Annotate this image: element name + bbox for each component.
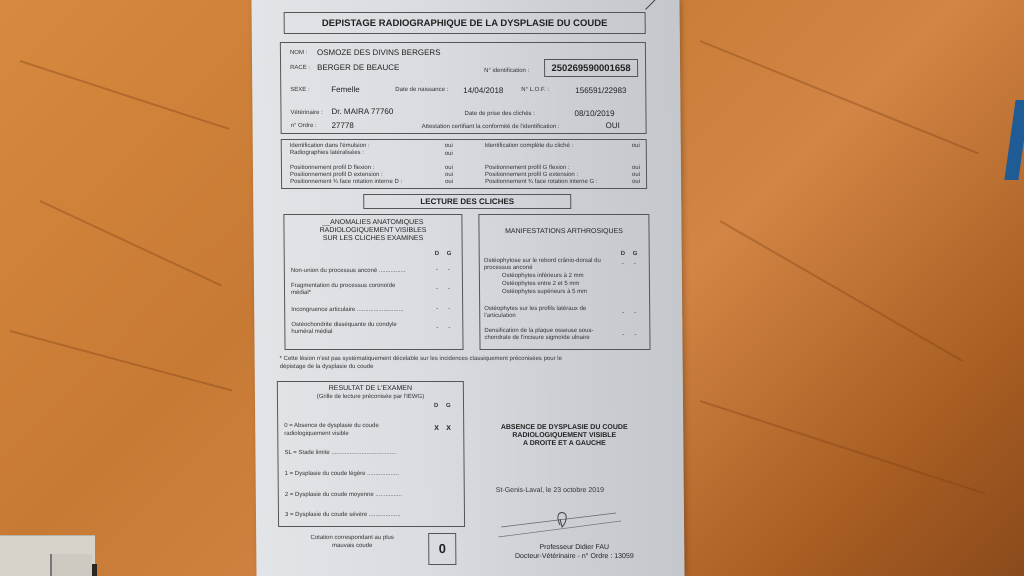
check-label: Identification complète du cliché : [485, 143, 573, 149]
resultat-box: RESULTAT DE L'EXAMEN (Grille de lecture … [277, 381, 465, 527]
conclusion-line: ABSENCE DE DYSPLASIE DU COUDE [479, 424, 649, 431]
col-g: G [447, 251, 452, 257]
sexe-value: Femelle [331, 85, 360, 94]
anomaly-label: huméral médial [291, 329, 332, 335]
resultat-label: 2 = Dysplasie du coude moyenne .........… [285, 492, 402, 498]
blue-object [1004, 100, 1024, 180]
nom-label: NOM : [290, 50, 307, 56]
col-g: G [446, 403, 451, 409]
check-label: Positionnement profil G extension : [485, 172, 578, 178]
document-page: DEPISTAGE RADIOGRAPHIQUE DE LA DYSPLASIE… [251, 0, 684, 576]
conclusion-line: RADIOLOGIQUEMENT VISIBLE [479, 432, 649, 439]
footnote: dépistage de la dysplasie du coude [280, 364, 374, 370]
lof-value: 156591/22983 [575, 86, 626, 95]
veterinaire-value: Dr. MAIRA 77760 [331, 107, 393, 116]
signature-icon [496, 505, 626, 540]
anomaly-label: Fragmentation du processus coronoïde [291, 283, 395, 289]
anomaly-label: Non-union du processus anconé ..........… [291, 268, 406, 274]
anomalies-title: RADIOLOGIQUEMENT VISIBLES [284, 227, 461, 234]
ordre-label: n° Ordre : [291, 123, 317, 129]
naissance-label: Date de naissance : [395, 87, 448, 93]
check-value: oui [445, 143, 453, 149]
check-label: Radiographies latéralisées : [290, 150, 364, 156]
ordre-value: 27778 [332, 121, 354, 130]
anomaly-label: médial* [291, 290, 311, 296]
arthrose-label: Ostéophytose sur le rebord crânio-dorsal… [484, 258, 601, 264]
cotation-label: mauvais coude [292, 543, 412, 549]
arthrose-d: - [622, 310, 624, 316]
sexe-label: SEXE : [290, 87, 309, 93]
attestation-value: OUI [606, 121, 620, 130]
cotation-box: 0 [428, 533, 456, 565]
check-value: oui [632, 172, 640, 178]
anomaly-g: - [448, 306, 450, 312]
cloth-fold [700, 40, 979, 154]
arthrose-g: - [634, 332, 636, 338]
cloth-fold [20, 60, 230, 130]
col-g: G [633, 251, 638, 257]
signatory-name: Professeur Didier FAU [484, 544, 664, 551]
title-box: DEPISTAGE RADIOGRAPHIQUE DE LA DYSPLASIE… [284, 12, 646, 34]
lecture-title-box: LECTURE DES CLICHES [363, 194, 571, 209]
conclusion-line: A DROITE ET A GAUCHE [479, 440, 649, 447]
resultat-label: SL = Stade limite ......................… [284, 450, 396, 456]
cloth-fold [720, 220, 963, 362]
anomaly-d: - [436, 325, 438, 331]
check-value: oui [632, 143, 640, 149]
arthrose-d: - [622, 332, 624, 338]
anomalies-title: SUR LES CLICHES EXAMINES [285, 235, 462, 242]
check-value: oui [445, 179, 453, 185]
arthrose-label: Ostéophytes sur les profils latéraux de [484, 306, 586, 312]
race-value: BERGER DE BEAUCE [317, 63, 399, 72]
check-value: oui [445, 172, 453, 178]
anomaly-g: - [448, 325, 450, 331]
arthrose-box: MANIFESTATIONS ARTHROSIQUES D G Ostéophy… [478, 214, 650, 350]
check-value: oui [632, 179, 640, 185]
naissance-value: 14/04/2018 [463, 86, 503, 95]
anomaly-g: - [448, 286, 450, 292]
cotation-value: 0 [429, 541, 455, 556]
check-label: Positionnement profil D extension : [290, 172, 383, 178]
prise-label: Date de prise des clichés : [464, 111, 534, 117]
identification-label: N° identification : [484, 68, 529, 74]
resultat-label: 0 = Absence de dysplasie du coude [284, 423, 379, 429]
anomalies-title: __ANOMALIES ANATOMIQUES [284, 219, 461, 226]
anomalies-box: __ANOMALIES ANATOMIQUES RADIOLOGIQUEMENT… [283, 214, 463, 350]
arthrose-d: - [622, 261, 624, 267]
resultat-label: 3 = Dysplasie du coude sévère ..........… [285, 512, 401, 518]
cloth-fold [40, 200, 222, 286]
cloth-fold [700, 400, 986, 495]
prise-value: 08/10/2019 [574, 109, 614, 118]
anomaly-d: - [436, 267, 438, 273]
check-label: Positionnement profil G flexion : [485, 165, 570, 171]
arthrose-sub: Ostéophytes entre 2 et 5 mm [502, 281, 579, 287]
identity-box: NOM : OSMOZE DES DIVINS BERGERS RACE : B… [280, 42, 647, 134]
anomaly-d: - [436, 286, 438, 292]
check-value: oui [632, 165, 640, 171]
arthrose-sub: Ostéophytes inférieurs à 2 mm [502, 273, 584, 279]
lecture-title: LECTURE DES CLICHES [364, 197, 570, 206]
resultat-title: RESULTAT DE L'EXAMEN [278, 385, 463, 392]
checks-box: Identification dans l'émulsion : oui Rad… [281, 139, 647, 189]
resultat-label: radiologiquement visible [284, 431, 348, 437]
race-label: RACE : [290, 65, 310, 71]
identification-value: 250269590001658 [545, 63, 637, 74]
arthrose-label: chondrale de l'incisure sigmoïde ulnaire [484, 335, 589, 341]
check-label: Positionnement ¾ face rotation interne G… [485, 179, 597, 185]
col-d: D [435, 251, 439, 257]
place-date: St-Genis-Laval, le 23 octobre 2019 [496, 487, 604, 494]
identification-box: 250269590001658 [544, 59, 638, 77]
arthrose-title: MANIFESTATIONS ARTHROSIQUES [479, 228, 648, 235]
anomaly-label: Incongruence articulaire ...............… [291, 307, 403, 313]
anomaly-d: - [436, 306, 438, 312]
check-label: Identification dans l'émulsion : [290, 143, 370, 149]
check-label: Positionnement ¾ face rotation interne D… [290, 179, 402, 185]
anomaly-label: Ostéochondrite disséquante du condyle [291, 322, 396, 328]
check-value: oui [445, 165, 453, 171]
document-title: DEPISTAGE RADIOGRAPHIQUE DE LA DYSPLASIE… [285, 18, 645, 29]
footnote: * Cette lésion n'est pas systématiquemen… [280, 356, 562, 362]
arthrose-label: processus anconé [484, 265, 533, 271]
lof-label: N° L.O.F. : [521, 87, 549, 93]
arthrose-sub: Ostéophytes supérieurs à 5 mm [502, 289, 587, 295]
arthrose-g: - [634, 310, 636, 316]
attestation-label: Attestation certifiant la conformité de … [422, 124, 560, 130]
col-d: D [621, 251, 625, 257]
col-d: D [434, 403, 438, 409]
cloth-fold [10, 330, 233, 391]
anomaly-g: - [448, 267, 450, 273]
arthrose-g: - [634, 261, 636, 267]
resultat-d-mark: X [434, 425, 439, 432]
pen-mark [645, 0, 656, 10]
signatory-title: Docteur-Vétérinaire - n° Ordre : 13059 [484, 553, 664, 560]
arthrose-label: l'articulation [484, 313, 516, 319]
shadow [92, 564, 97, 576]
resultat-g-mark: X [446, 425, 451, 432]
veterinaire-label: Vétérinaire : [290, 110, 322, 116]
cotation-label: Cotation correspondant au plus [292, 535, 412, 541]
resultat-subtitle: (Grille de lecture préconisée par l'IEWG… [278, 394, 463, 400]
floor-tile [50, 554, 92, 576]
resultat-label: 1 = Dysplasie du coude légère ..........… [285, 471, 399, 477]
check-value: oui [445, 151, 453, 157]
check-label: Positionnement profil D flexion : [290, 165, 374, 171]
nom-value: OSMOZE DES DIVINS BERGERS [317, 48, 441, 57]
arthrose-label: Densification de la plaque osseuse sous- [484, 328, 593, 334]
